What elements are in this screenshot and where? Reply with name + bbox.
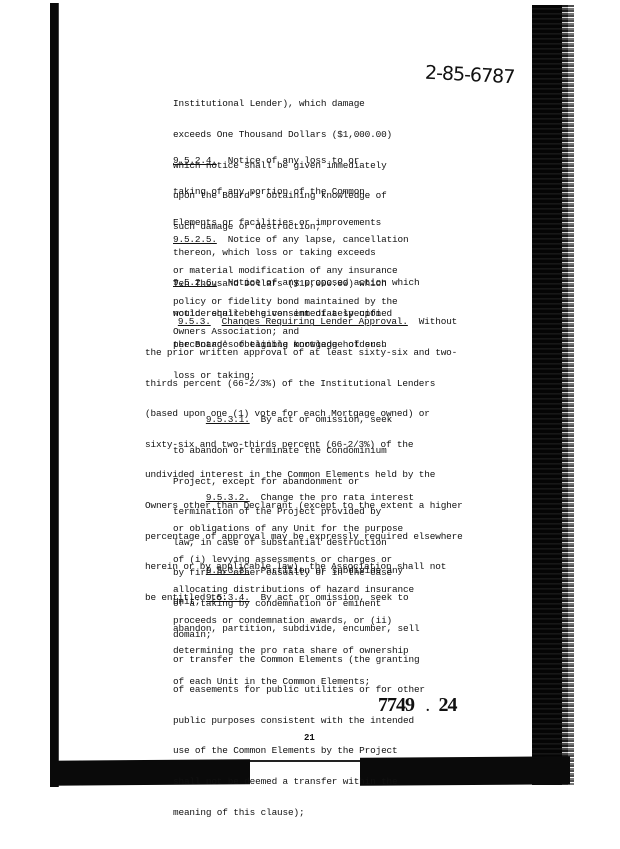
section-number: 9.5.2.5. (173, 234, 217, 245)
stamp-page: 24 (439, 694, 457, 716)
page-number: 21 (304, 733, 315, 743)
text-line: use of the Common Elements by the Projec… (173, 746, 425, 756)
text-line: Notice of any loss to or (217, 155, 359, 166)
text-line: Change the pro rata interest (250, 492, 414, 503)
text-line: By act or omission, seek to (250, 592, 409, 603)
book-page-stamp: 7749.24 (378, 694, 457, 717)
text-line: Without (408, 316, 457, 327)
text-line: taking of any portion of the Common (173, 187, 387, 197)
section-number: 9.5.3.4. (206, 592, 250, 603)
section-number: 9.5.2.6. (173, 277, 217, 288)
text-line: meaning of this clause); (173, 808, 425, 818)
text-line: public purposes consistent with the inte… (173, 716, 425, 726)
text-line: to abandon or terminate the Condominium (173, 446, 392, 456)
section-number: 9.5.2.4. (173, 155, 217, 166)
section-number: 9.5.3. (178, 316, 211, 327)
text-line: the prior written approval of at least s… (145, 348, 463, 358)
text-line: thirds percent (66-2/3%) of the Institut… (145, 379, 463, 389)
text-line: shall not be deemed a transfer within th… (173, 777, 425, 787)
scan-border-left (50, 3, 58, 787)
scan-border-right (532, 5, 568, 785)
text-line: Notice of any proposed action which (217, 277, 420, 288)
scanned-document-page: 2-85-6787 Institutional Lender), which d… (0, 0, 620, 849)
text-line: or obligations of any Unit for the purpo… (173, 524, 414, 534)
text-line: Institutional Lender), which damage (173, 99, 392, 109)
section-number: 9.5.3.2. (206, 492, 250, 503)
section-heading: Changes Requiring Lender Approval. (222, 316, 408, 327)
stamp-book: 7749 (378, 694, 414, 716)
text-line: abandon, partition, subdivide, encumber,… (173, 624, 425, 634)
section-number: 9.5.3.1. (206, 414, 250, 425)
handwritten-file-number: 2-85-6787 (424, 62, 514, 89)
text-line: or transfer the Common Elements (the gra… (173, 655, 425, 665)
text-line: By act or omission, seek (250, 414, 392, 425)
text-line: Notice of any lapse, cancellation (217, 234, 409, 245)
